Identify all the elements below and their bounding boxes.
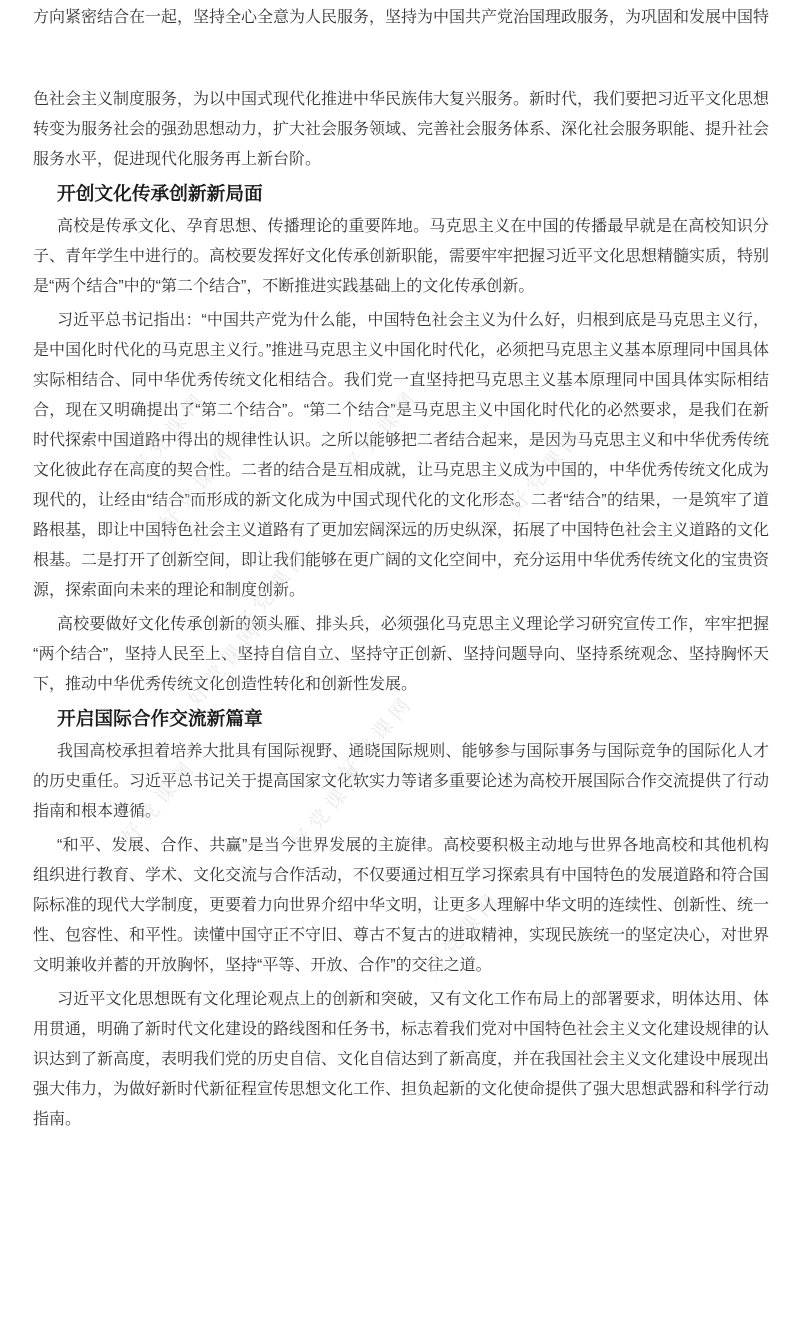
- paragraph: 我国高校承担着培养大批具有国际视野、通晓国际规则、能够参与国际事务与国际竞争的国…: [33, 737, 769, 827]
- paragraph: 高校是传承文化、孕育思想、传播理论的重要阵地。马克思主义在中国的传播最早就是在高…: [33, 212, 769, 302]
- paragraph-continuation: 色社会主义制度服务，为以中国式现代化推进中华民族伟大复兴服务。新时代，我们要把习…: [33, 85, 769, 175]
- section-heading-international-cooperation: 开启国际合作交流新篇章: [33, 704, 769, 734]
- paragraph-fragment-top: 方向紧密结合在一起，坚持全心全意为人民服务，坚持为中国共产党治国理政服务，为巩固…: [33, 3, 769, 33]
- paragraph: “和平、发展、合作、共赢”是当今世界发展的主旋律。高校要积极主动地与世界各地高校…: [33, 831, 769, 981]
- page-break-gap: [33, 37, 769, 85]
- paragraph: 习近平总书记指出：“中国共产党为什么能，中国特色社会主义为什么好，归根到底是马克…: [33, 306, 769, 606]
- article-page: 好党课网好党课网好党课网好党课网好党课网好党课网好党课网好党课网好党课网好党课网…: [0, 0, 800, 1322]
- article-body: 方向紧密结合在一起，坚持全心全意为人民服务，坚持为中国共产党治国理政服务，为巩固…: [0, 0, 800, 1135]
- section-heading-culture-inheritance: 开创文化传承创新新局面: [33, 179, 769, 209]
- paragraph: 高校要做好文化传承创新的领头雁、排头兵，必须强化马克思主义理论学习研究宣传工作，…: [33, 610, 769, 700]
- paragraph: 习近平文化思想既有文化理论观点上的创新和突破，又有文化工作布局上的部署要求，明体…: [33, 985, 769, 1135]
